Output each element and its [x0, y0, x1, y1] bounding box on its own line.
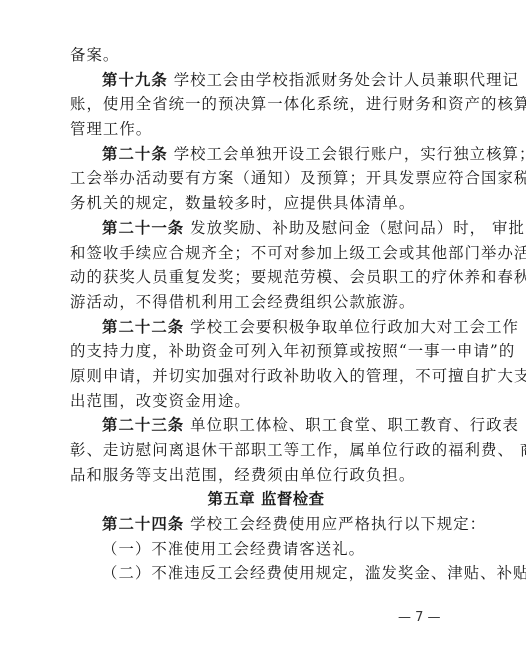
text-line: 账，使用全省统一的预决算一体化系统，进行财务和资产的核算	[70, 92, 462, 117]
text-line: 游活动，不得借机利用工会经费组织公款旅游。	[70, 290, 462, 315]
text-line: 动的获奖人员重复发奖；要规范劳模、会员职工的疗休养和春秋	[70, 265, 462, 290]
document-page: 备案。 第十九条 学校工会由学校指派财务处会计人员兼职代理记 账，使用全省统一的…	[70, 43, 462, 586]
article-24: 第二十四条 学校工会经费使用应严格执行以下规定：	[70, 512, 462, 537]
text-line: 单位职工体检、职工食堂、职工教育、行政表	[190, 416, 519, 434]
article-label: 第二十四条	[102, 515, 184, 533]
list-item: （二）不准违反工会经费使用规定，滥发奖金、津贴、补贴。	[70, 561, 462, 586]
article-23: 第二十三条 单位职工体检、职工食堂、职工教育、行政表	[70, 413, 462, 438]
text-line: 学校工会由学校指派财务处会计人员兼职代理记	[174, 71, 519, 89]
text-line: 出范围，改变资金用途。	[70, 389, 462, 414]
text-line: 学校工会要积极争取单位行政加大对工会工作	[190, 318, 519, 336]
article-label: 第十九条	[102, 71, 168, 89]
list-item: （一）不准使用工会经费请客送礼。	[70, 537, 462, 562]
page-number: — 7 —	[398, 610, 441, 625]
article-label: 第二十二条	[102, 318, 184, 336]
article-22: 第二十二条 学校工会要积极争取单位行政加大对工会工作	[70, 315, 462, 340]
text-line: 发放奖励、补助及慰问金（慰问品）时， 审批	[190, 219, 525, 237]
text-line: 务机关的规定，数量较多时，应提供具体清单。	[70, 191, 462, 216]
text-line: 品和服务等支出范围，经费须由单位行政负担。	[70, 463, 462, 488]
chapter-heading: 第五章 监督检查	[70, 487, 462, 512]
text-line: 备案。	[70, 43, 462, 68]
text-line: 工会举办活动要有方案（通知）及预算；开具发票应符合国家税	[70, 166, 462, 191]
article-19: 第十九条 学校工会由学校指派财务处会计人员兼职代理记	[70, 68, 462, 93]
article-21: 第二十一条 发放奖励、补助及慰问金（慰问品）时， 审批	[70, 216, 462, 241]
text-line: 原则申请，并切实加强对行政补助收入的管理，不可擅自扩大支	[70, 364, 462, 389]
text-line: 彰、走访慰问离退休干部职工等工作，属单位行政的福利费、 商	[70, 438, 462, 463]
article-label: 第二十三条	[102, 416, 184, 434]
text-line: 和签收手续应合规齐全；不可对参加上级工会或其他部门举办活	[70, 241, 462, 266]
article-20: 第二十条 学校工会单独开设工会银行账户，实行独立核算；	[70, 142, 462, 167]
text-line: 学校工会单独开设工会银行账户，实行独立核算；	[174, 145, 526, 163]
article-label: 第二十一条	[102, 219, 184, 237]
text-line: 管理工作。	[70, 117, 462, 142]
text-line: 的支持力度，补助资金可列入年初预算或按照“一事一申请”的	[70, 339, 462, 364]
article-label: 第二十条	[102, 145, 168, 163]
text-line: 学校工会经费使用应严格执行以下规定：	[190, 515, 486, 533]
